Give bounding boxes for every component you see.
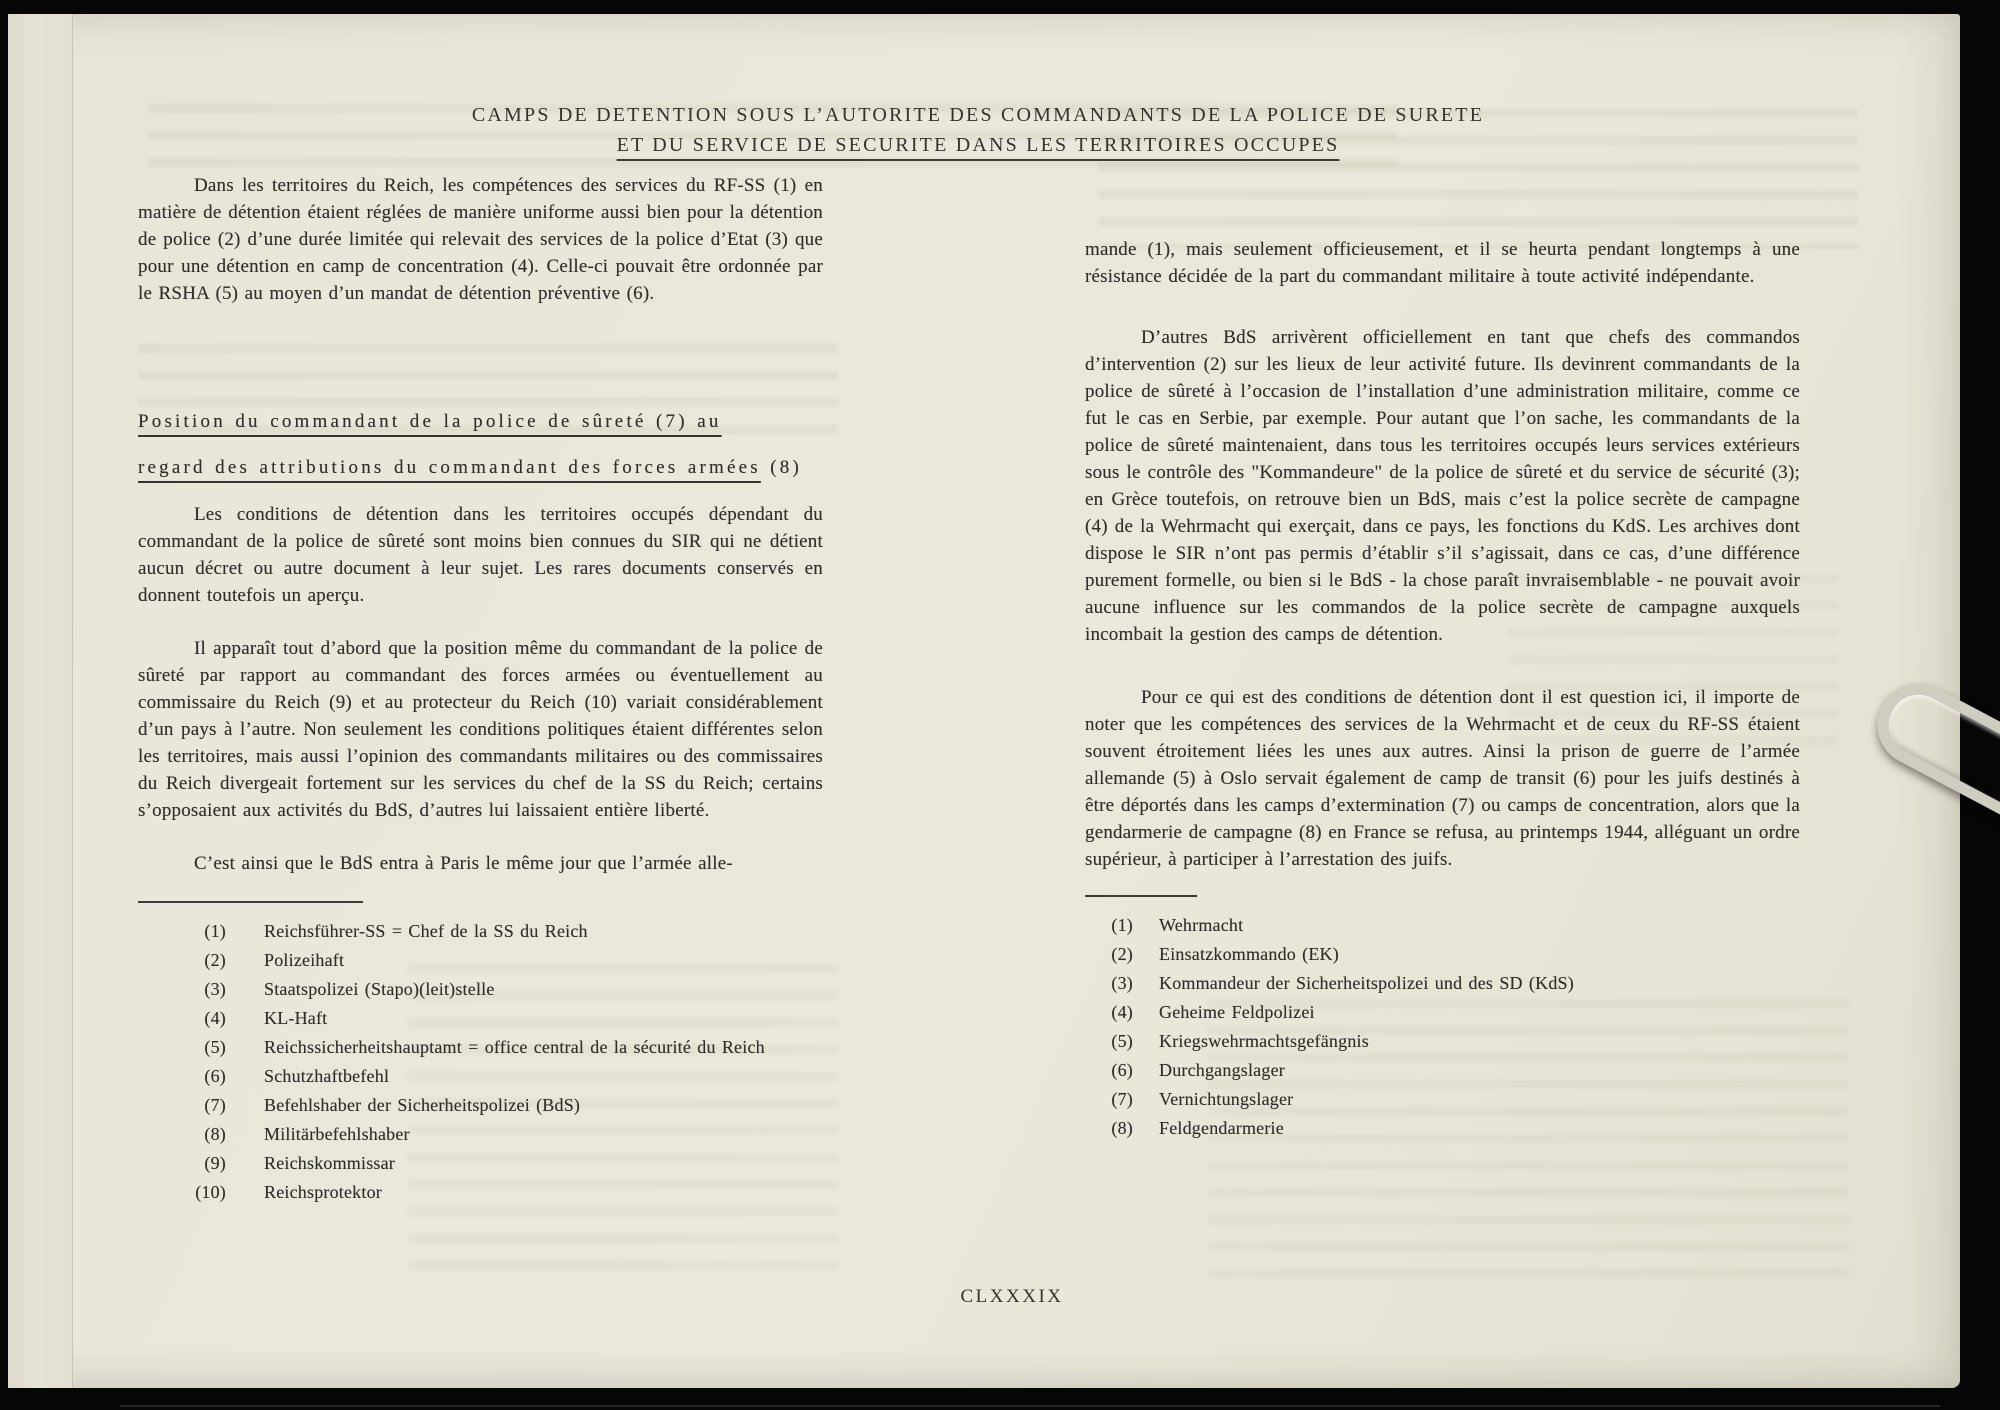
footnote-item: (6)Schutzhaftbefehl (138, 1062, 823, 1091)
footnote-text: Geheime Feldpolizei (1159, 998, 1800, 1027)
footnote-text: Reichsführer-SS = Chef de la SS du Reich (264, 917, 823, 946)
footnote-number: (2) (138, 946, 226, 975)
paragraph: Pour ce qui est des conditions de détent… (1085, 684, 1800, 873)
footnote-number: (3) (138, 975, 226, 1004)
footnote-text: KL-Haft (264, 1004, 823, 1033)
footnote-text: Feldgendarmerie (1159, 1114, 1800, 1143)
footnote-number: (5) (138, 1033, 226, 1062)
scan-background: CAMPS DE DETENTION SOUS L’AUTORITE DES C… (0, 0, 2000, 1410)
footnote-number: (6) (1085, 1056, 1133, 1085)
footnote-item: (7)Befehlshaber der Sicherheitspolizei (… (138, 1091, 823, 1120)
footnote-text: Befehlshaber der Sicherheitspolizei (BdS… (264, 1091, 823, 1120)
footnote-item: (6)Durchgangslager (1085, 1056, 1800, 1085)
footnote-number: (4) (138, 1004, 226, 1033)
footnote-number: (9) (138, 1149, 226, 1178)
paragraph: C’est ainsi que le BdS entra à Paris le … (138, 850, 823, 877)
section-heading-line-2: regard des attributions du commandant de… (138, 445, 823, 491)
footnote-item: (3)Kommandeur der Sicherheitspolizei und… (1085, 969, 1800, 998)
footnote-text: Kriegswehrmachtsgefängnis (1159, 1027, 1800, 1056)
footnote-number: (7) (138, 1091, 226, 1120)
footnote-item: (1)Reichsführer-SS = Chef de la SS du Re… (138, 917, 823, 946)
footnote-item: (5)Reichssicherheitshauptamt = office ce… (138, 1033, 823, 1062)
footnote-item: (2)Einsatzkommando (EK) (1085, 940, 1800, 969)
footnote-text: Schutzhaftbefehl (264, 1062, 823, 1091)
footnote-number: (2) (1085, 940, 1133, 969)
footnote-number: (7) (1085, 1085, 1133, 1114)
footnote-number: (1) (1085, 911, 1133, 940)
footnote-number: (8) (138, 1120, 226, 1149)
footnotes-right: (1)Wehrmacht (2)Einsatzkommando (EK) (3)… (1085, 911, 1800, 1143)
document-title-line-2: ET DU SERVICE DE SECURITE DANS LES TERRI… (138, 130, 1818, 160)
footnote-item: (4)Geheime Feldpolizei (1085, 998, 1800, 1027)
footnote-item: (10)Reichsprotektor (138, 1178, 823, 1207)
footnote-item: (1)Wehrmacht (1085, 911, 1800, 940)
footnote-number: (1) (138, 917, 226, 946)
footnote-divider (1085, 895, 1197, 897)
paragraph: Dans les territoires du Reich, les compé… (138, 172, 823, 307)
footnote-item: (5)Kriegswehrmachtsgefängnis (1085, 1027, 1800, 1056)
footnote-text: Reichssicherheitshauptamt = office centr… (264, 1033, 823, 1062)
paragraph: Il apparaît tout d’abord que la position… (138, 635, 823, 824)
footnote-number: (5) (1085, 1027, 1133, 1056)
footnote-item: (9)Reichskommissar (138, 1149, 823, 1178)
footnote-text: Militärbefehlshaber (264, 1120, 823, 1149)
footnote-text: Einsatzkommando (EK) (1159, 940, 1800, 969)
right-column: mande (1), mais seulement officieusement… (1085, 172, 1800, 1207)
footnote-item: (8)Militärbefehlshaber (138, 1120, 823, 1149)
footnote-text: Staatspolizei (Stapo)(leit)stelle (264, 975, 823, 1004)
footnote-number: (3) (1085, 969, 1133, 998)
document-page: CAMPS DE DETENTION SOUS L’AUTORITE DES C… (8, 14, 1960, 1388)
footnote-item: (3)Staatspolizei (Stapo)(leit)stelle (138, 975, 823, 1004)
footnote-divider (138, 901, 363, 903)
page-number: CLXXXIX (892, 1286, 1132, 1308)
footnote-number: (10) (138, 1178, 226, 1207)
footnote-number: (4) (1085, 998, 1133, 1027)
section-heading-line-1: Position du commandant de la police de s… (138, 399, 823, 445)
footnote-text: Reichsprotektor (264, 1178, 823, 1207)
footnote-item: (4)KL-Haft (138, 1004, 823, 1033)
footnote-item: (2)Polizeihaft (138, 946, 823, 975)
footnote-item: (7)Vernichtungslager (1085, 1085, 1800, 1114)
footnote-text: Kommandeur der Sicherheitspolizei und de… (1159, 969, 1800, 998)
footnote-text: Durchgangslager (1159, 1056, 1800, 1085)
footnote-number: (8) (1085, 1114, 1133, 1143)
footnote-text: Vernichtungslager (1159, 1085, 1800, 1114)
document-title: CAMPS DE DETENTION SOUS L’AUTORITE DES C… (138, 100, 1818, 160)
footnote-text: Reichskommissar (264, 1149, 823, 1178)
scan-artifact-line (120, 1405, 1940, 1407)
footnote-item: (8)Feldgendarmerie (1085, 1114, 1800, 1143)
paragraph: mande (1), mais seulement officieusement… (1085, 236, 1800, 290)
document-title-line-1: CAMPS DE DETENTION SOUS L’AUTORITE DES C… (138, 100, 1818, 130)
footnote-ref-8: (8) (770, 457, 802, 478)
paragraph: D’autres BdS arrivèrent officiellement e… (1085, 324, 1800, 648)
footnotes-left: (1)Reichsführer-SS = Chef de la SS du Re… (138, 917, 823, 1207)
paragraph: Les conditions de détention dans les ter… (138, 501, 823, 609)
footnote-text: Polizeihaft (264, 946, 823, 975)
footnote-number: (6) (138, 1062, 226, 1091)
footnote-text: Wehrmacht (1159, 911, 1800, 940)
left-column: Dans les territoires du Reich, les compé… (138, 172, 823, 1207)
